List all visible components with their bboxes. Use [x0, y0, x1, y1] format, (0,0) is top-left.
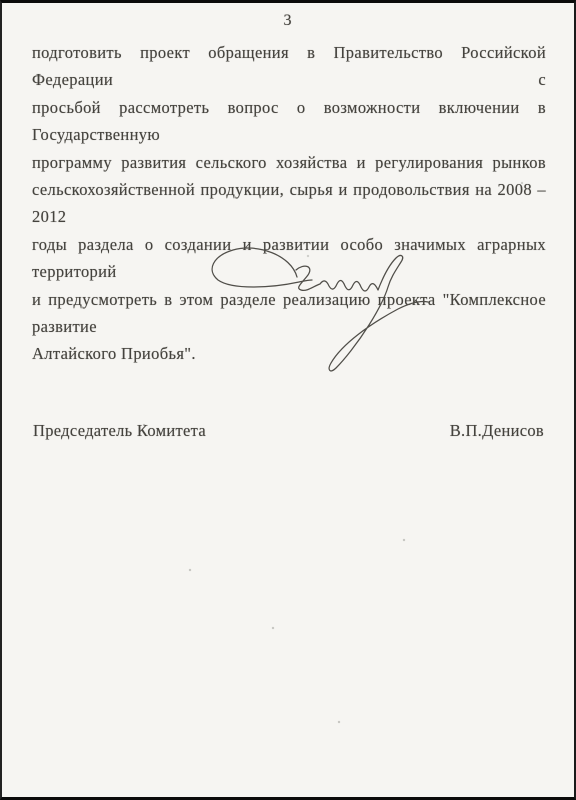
page-number: 3	[2, 12, 574, 30]
signatory-title: Председатель Комитета	[33, 421, 206, 441]
paragraph-line: сельскохозяйственной продукции, сырья и …	[32, 176, 546, 231]
scanned-document-page: 3 подготовить проект обращения в Правите…	[0, 0, 576, 800]
paragraph-line: просьбой рассмотреть вопрос о возможност…	[32, 94, 546, 149]
signature-icon	[195, 239, 443, 391]
paragraph-line: программу развития сельского хозяйства и…	[32, 149, 546, 176]
signatory-name: В.П.Денисов	[450, 421, 544, 441]
paragraph-line: подготовить проект обращения в Правитель…	[32, 39, 546, 94]
signature-block: Председатель Комитета В.П.Денисов	[33, 421, 544, 441]
